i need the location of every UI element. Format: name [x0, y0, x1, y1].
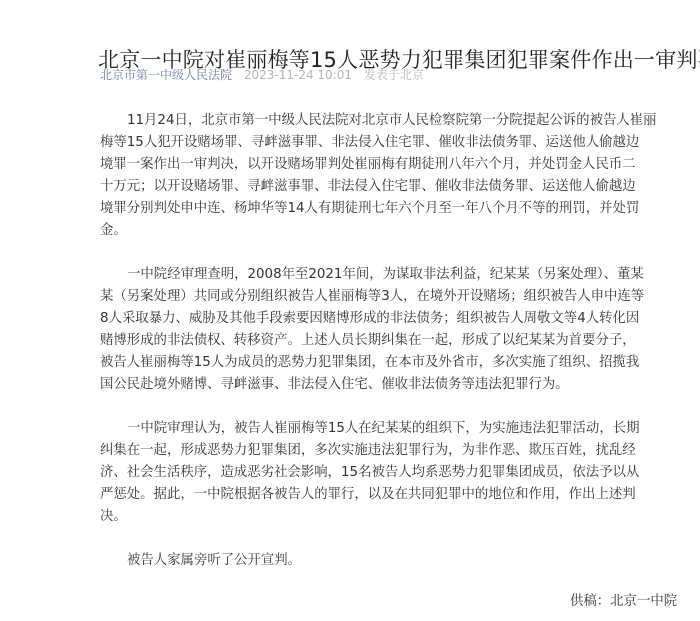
text-line: 严惩处。据此，一中院根据各被告人的罪行，以及在共同犯罪中的地位和作用，作出上述判 — [100, 484, 648, 506]
text-line: 11月24日，北京市第一中级人民法院对北京市人民检察院第一分院提起公诉的被告人崔… — [100, 110, 648, 132]
text-line: 境罪分别判处申中连、杨坤华等14人有期徒刑七年六个月至一年八个月不等的刑罚，并处… — [100, 198, 648, 220]
article-body: 11月24日，北京市第一中级人民法院对北京市人民检察院第一分院提起公诉的被告人崔… — [100, 110, 648, 594]
article-credit: 供稿：北京一中院 — [570, 590, 677, 609]
text-line: 纠集在一起，形成恶势力犯罪集团，多次实施违法犯罪行为，为非作恶、欺压百姓，扰乱经 — [100, 440, 648, 462]
publish-location: 发表于北京 — [364, 68, 424, 82]
article-meta: 北京市第一中级人民法院 2023-11-24 10:01 发表于北京 — [100, 66, 424, 83]
text-line: 梅等15人犯开设赌场罪、寻衅滋事罪、非法侵入住宅罪、催收非法债务罪、运送他人偷越… — [100, 132, 648, 154]
text-line: 一中院经审理查明，2008年至2021年间，为谋取非法利益，纪某某（另案处理）、… — [100, 264, 648, 286]
text-line: 某（另案处理）共同或分别组织被告人崔丽梅等3人，在境外开设赌场；组织被告人申中连… — [100, 286, 648, 308]
source-link[interactable]: 北京市第一中级人民法院 — [100, 68, 232, 82]
paragraph-findings: 一中院经审理查明，2008年至2021年间，为谋取非法利益，纪某某（另案处理）、… — [100, 264, 648, 396]
text-line: 一中院审理认为，被告人崔丽梅等15人在纪某某的组织下，为实施违法犯罪活动，长期 — [100, 418, 648, 440]
text-line: 境罪一案作出一审判决，以开设赌场罪判处崔丽梅有期徒刑八年六个月，并处罚金人民币二 — [100, 154, 648, 176]
paragraph-attendance: 被告人家属旁听了公开宣判。 — [100, 550, 648, 572]
publish-datetime: 2023-11-24 10:01 — [244, 68, 352, 82]
text-line: 8人采取暴力、威胁及其他手段索要因赌博形成的非法债务；组织被告人周敬文等4人转化… — [100, 308, 648, 330]
text-line: 国公民赴境外赌博、寻衅滋事、非法侵入住宅、催收非法债务等违法犯罪行为。 — [100, 374, 648, 396]
text-line: 十万元；以开设赌场罪、寻衅滋事罪、非法侵入住宅罪、催收非法债务罪、运送他人偷越边 — [100, 176, 648, 198]
text-line: 济、社会生活秩序，造成恶劣社会影响，15名被告人均系恶势力犯罪集团成员，依法予以… — [100, 462, 648, 484]
text-line: 决。 — [100, 506, 648, 528]
text-line: 被告人家属旁听了公开宣判。 — [100, 550, 648, 572]
paragraph-verdict: 11月24日，北京市第一中级人民法院对北京市人民检察院第一分院提起公诉的被告人崔… — [100, 110, 648, 242]
paragraph-ruling: 一中院审理认为，被告人崔丽梅等15人在纪某某的组织下，为实施违法犯罪活动，长期 … — [100, 418, 648, 528]
text-line: 被告人崔丽梅等15人为成员的恶势力犯罪集团，在本市及外省市，多次实施了组织、招揽… — [100, 352, 648, 374]
text-line: 金。 — [100, 220, 648, 242]
text-line: 赌博形成的非法债权、转移资产。上述人员长期纠集在一起，形成了以纪某某为首要分子， — [100, 330, 648, 352]
